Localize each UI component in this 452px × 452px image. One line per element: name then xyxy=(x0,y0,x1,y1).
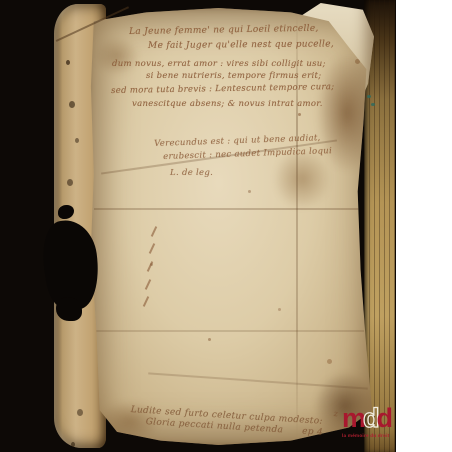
logo-letter-d-outline: d xyxy=(363,403,377,433)
handwritten-note-citation: L. de leg. xyxy=(170,168,213,178)
logo-tagline: la mémoire du droit xyxy=(342,434,390,439)
worm-damage-hole xyxy=(56,297,82,321)
headband-thread xyxy=(367,95,371,98)
handwritten-line-latin-1: dum novus, errat amor : vires sibi colli… xyxy=(112,59,326,69)
mdd-logo: mdd la mémoire du droit xyxy=(342,405,390,439)
handwritten-line-french-2: Me fait Juger qu'elle nest que pucelle, xyxy=(148,39,334,51)
logo-letter-d: d xyxy=(377,403,391,433)
logo-letter-m: m xyxy=(342,403,363,433)
manuscript-photo: La Jeune femme' ne qui Loeil etincelle, … xyxy=(0,0,396,452)
mdd-logo-letters: mdd xyxy=(342,405,390,432)
headband-thread xyxy=(371,103,375,106)
handwritten-line-latin-2: si bene nutrieris, tempore firmus erit; xyxy=(146,71,321,81)
cover-wear-spots xyxy=(66,60,70,65)
handwritten-line-latin-4: vanescitque absens; & novus intrat amor. xyxy=(132,99,323,109)
scene: La Jeune femme' ne qui Loeil etincelle, … xyxy=(0,0,452,452)
pen-flourish: z xyxy=(334,409,339,418)
